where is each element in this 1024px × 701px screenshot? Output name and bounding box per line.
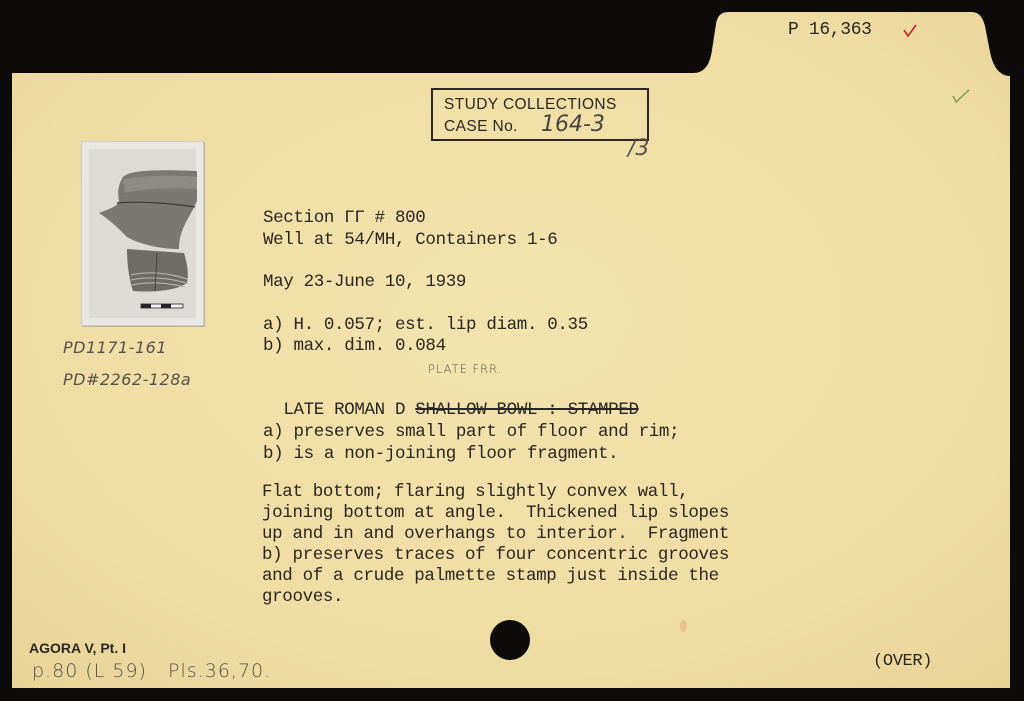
red-check-icon	[903, 24, 917, 38]
description-line: joining bottom at angle. Thickened lip s…	[262, 503, 729, 524]
stamp-case-number: 164-3	[541, 112, 605, 137]
description-line: Flat bottom; flaring slightly convex wal…	[262, 482, 729, 503]
preservation-b: b) is a non-joining floor fragment.	[263, 444, 618, 465]
green-check-icon	[952, 88, 970, 104]
description-line: b) preserves traces of four concentric g…	[262, 545, 729, 566]
catalog-number: P 16,363	[788, 20, 872, 41]
over-label: (OVER)	[873, 651, 932, 672]
title-prefix: LATE ROMAN D	[283, 400, 415, 420]
pottery-fragments-image	[89, 149, 198, 320]
description-line: up and in and overhangs to interior. Fra…	[262, 524, 729, 545]
description-line: grooves.	[262, 587, 729, 608]
section-line: Section ΓΓ # 800	[263, 208, 425, 229]
title-correction: PLATE FRR.	[428, 362, 502, 376]
description-line: and of a crude palmette stamp just insid…	[262, 566, 729, 587]
title-struck: SHALLOW BOWL : STAMPED	[415, 400, 638, 420]
dimension-a: a) H. 0.057; est. lip diam. 0.35	[263, 315, 588, 336]
artifact-photograph	[81, 141, 204, 326]
publication-stamp: AGORA V, Pt. I	[29, 640, 126, 656]
publication-reference: p.80 (L 59) Pls.36,70.	[32, 660, 271, 682]
pd-note-1: PD1171-161	[63, 338, 167, 357]
study-collections-stamp: STUDY COLLECTIONS CASE No. 164-3	[431, 88, 649, 141]
dimension-b: b) max. dim. 0.084	[263, 336, 446, 357]
stamp-annotation: /3	[628, 136, 649, 161]
pd-note-2: PD#2262-128a	[63, 370, 191, 389]
description: Flat bottom; flaring slightly convex wal…	[262, 482, 729, 608]
stain-mark	[680, 620, 687, 632]
well-line: Well at 54/MH, Containers 1-6	[263, 230, 557, 251]
punch-hole	[490, 620, 530, 660]
stamp-case-label: CASE No.	[444, 118, 518, 136]
object-title: LATE ROMAN D SHALLOW BOWL : STAMPED	[263, 379, 639, 421]
preservation-a: a) preserves small part of floor and rim…	[263, 422, 679, 443]
date-line: May 23-June 10, 1939	[263, 272, 466, 293]
